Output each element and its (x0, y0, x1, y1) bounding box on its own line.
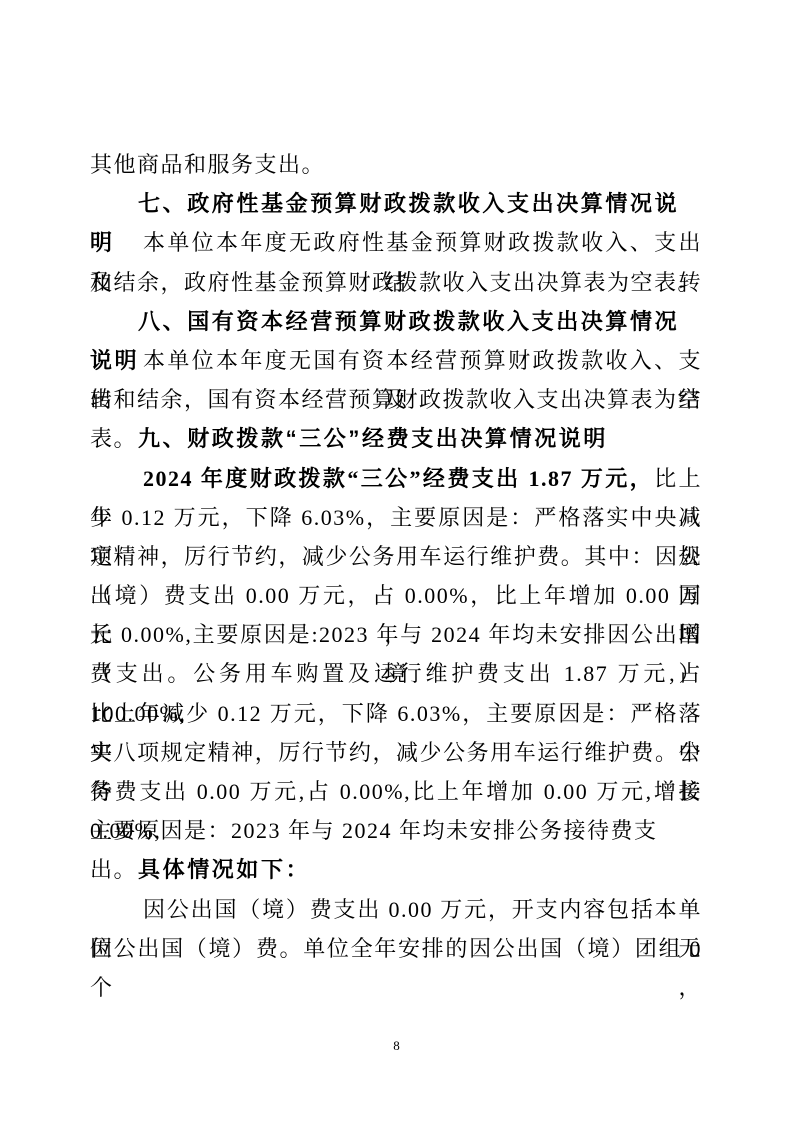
body-line: 待费支出 0.00 万元,占 0.00%,比上年增加 0.00 万元,增长 0.… (90, 772, 702, 811)
body-line: 其他商品和服务支出。 (90, 145, 702, 184)
body-line: 和结余，政府性基金预算财政拨款收入支出决算表为空表。 (90, 263, 702, 302)
bold-emphasis: 2024 年度财政拨款“三公”经费支出 1.87 万元， (143, 466, 654, 491)
body-line: 央八项规定精神，厉行节约，减少公务用车运行维护费。公务接 (90, 733, 702, 772)
body-line: 少 0.12 万元，下降 6.03%，主要原因是：严格落实中央八项规 (90, 498, 702, 537)
body-line: 因公出国（境）费。单位全年安排的因公出国（境）团组 0 个， (90, 929, 702, 968)
heading-section-7: 七、政府性基金预算财政拨款收入支出决算情况说明 (90, 184, 702, 223)
heading-details: 具体情况如下： (90, 850, 702, 889)
body-line: 本单位本年度无政府性基金预算财政拨款收入、支出及结转 (90, 223, 702, 262)
body-line: 费支出。公务用车购置及运行维护费支出 1.87 万元,占 100.00%, (90, 654, 702, 693)
body-line: 定精神，厉行节约，减少公务用车运行维护费。其中：因公出国 (90, 537, 702, 576)
page-body: 其他商品和服务支出。 七、政府性基金预算财政拨款收入支出决算情况说明 本单位本年… (90, 145, 702, 968)
body-line: 转和结余，国有资本经营预算财政拨款收入支出决算表为空表。 (90, 380, 702, 419)
body-line: 长 0.00%,主要原因是:2023 年与 2024 年均未安排因公出国（境） (90, 615, 702, 654)
heading-section-9: 九、财政拨款“三公”经费支出决算情况说明 (90, 419, 702, 458)
body-line: （境）费支出 0.00 万元，占 0.00%，比上年增加 0.00 万元，增 (90, 576, 702, 615)
heading-section-8: 八、国有资本经营预算财政拨款收入支出决算情况说明 (90, 302, 702, 341)
document-page: 其他商品和服务支出。 七、政府性基金预算财政拨款收入支出决算情况说明 本单位本年… (0, 0, 793, 1122)
body-line: 比上年减少 0.12 万元，下降 6.03%，主要原因是：严格落实中 (90, 694, 702, 733)
body-line: 主要原因是：2023 年与 2024 年均未安排公务接待费支出。 (90, 811, 702, 850)
body-line: 因公出国（境）费支出 0.00 万元，开支内容包括本单位无 (90, 890, 702, 929)
body-line: 2024 年度财政拨款“三公”经费支出 1.87 万元，比上年减 (90, 459, 702, 498)
body-line: 本单位本年度无国有资本经营预算财政拨款收入、支出及结 (90, 341, 702, 380)
page-number: 8 (0, 1038, 793, 1054)
